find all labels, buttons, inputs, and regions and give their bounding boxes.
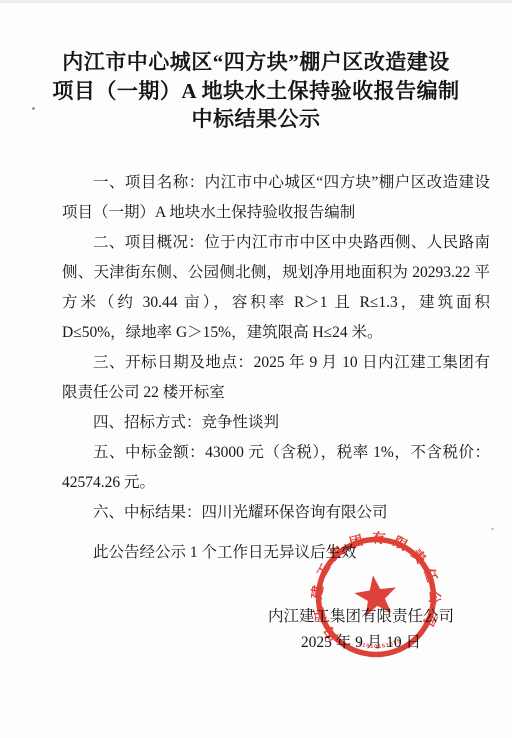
- signature-block: 内江建工集团有限责任公司 2025 年 9 月 10 日: [268, 604, 454, 656]
- scan-speck: [32, 107, 35, 110]
- paragraph-tender-method: 四、招标方式：竞争性谈判: [62, 408, 490, 438]
- signature-company: 内江建工集团有限责任公司: [268, 604, 454, 630]
- paragraph-bid-amount: 五、中标金额：43000 元（含税），税率 1%，不含税价：42574.26 元…: [62, 438, 490, 498]
- document-body: 一、项目名称：内江市中心城区“四方块”棚户区改造建设项目（一期）A 地块水土保持…: [62, 168, 490, 568]
- notice-paragraph: 此公告经公示 1 个工作日无异议后生效: [62, 538, 490, 568]
- scan-edge: [0, 0, 512, 3]
- paragraph-project-name: 一、项目名称：内江市中心城区“四方块”棚户区改造建设项目（一期）A 地块水土保持…: [62, 168, 490, 228]
- announcement-page: 内江市中心城区“四方块”棚户区改造建设 项目（一期）A 地块水土保持验收报告编制…: [0, 0, 512, 738]
- scan-speck: [491, 528, 494, 530]
- paragraph-bid-opening: 三、开标日期及地点：2025 年 9 月 10 日内江建工集团有限责任公司 22…: [62, 348, 490, 408]
- signature-date: 2025 年 9 月 10 日: [268, 630, 454, 656]
- paragraph-project-overview: 二、项目概况：位于内江市市中区中央路西侧、人民路南侧、天津街东侧、公园侧北侧，规…: [62, 228, 490, 348]
- title-line-2: 项目（一期）A 地块水土保持验收报告编制: [24, 77, 488, 106]
- paragraph-bid-result: 六、中标结果：四川光耀环保咨询有限公司: [62, 498, 490, 528]
- title-line-1: 内江市中心城区“四方块”棚户区改造建设: [24, 48, 488, 77]
- page-title: 内江市中心城区“四方块”棚户区改造建设 项目（一期）A 地块水土保持验收报告编制…: [24, 48, 488, 134]
- title-line-3: 中标结果公示: [24, 105, 488, 134]
